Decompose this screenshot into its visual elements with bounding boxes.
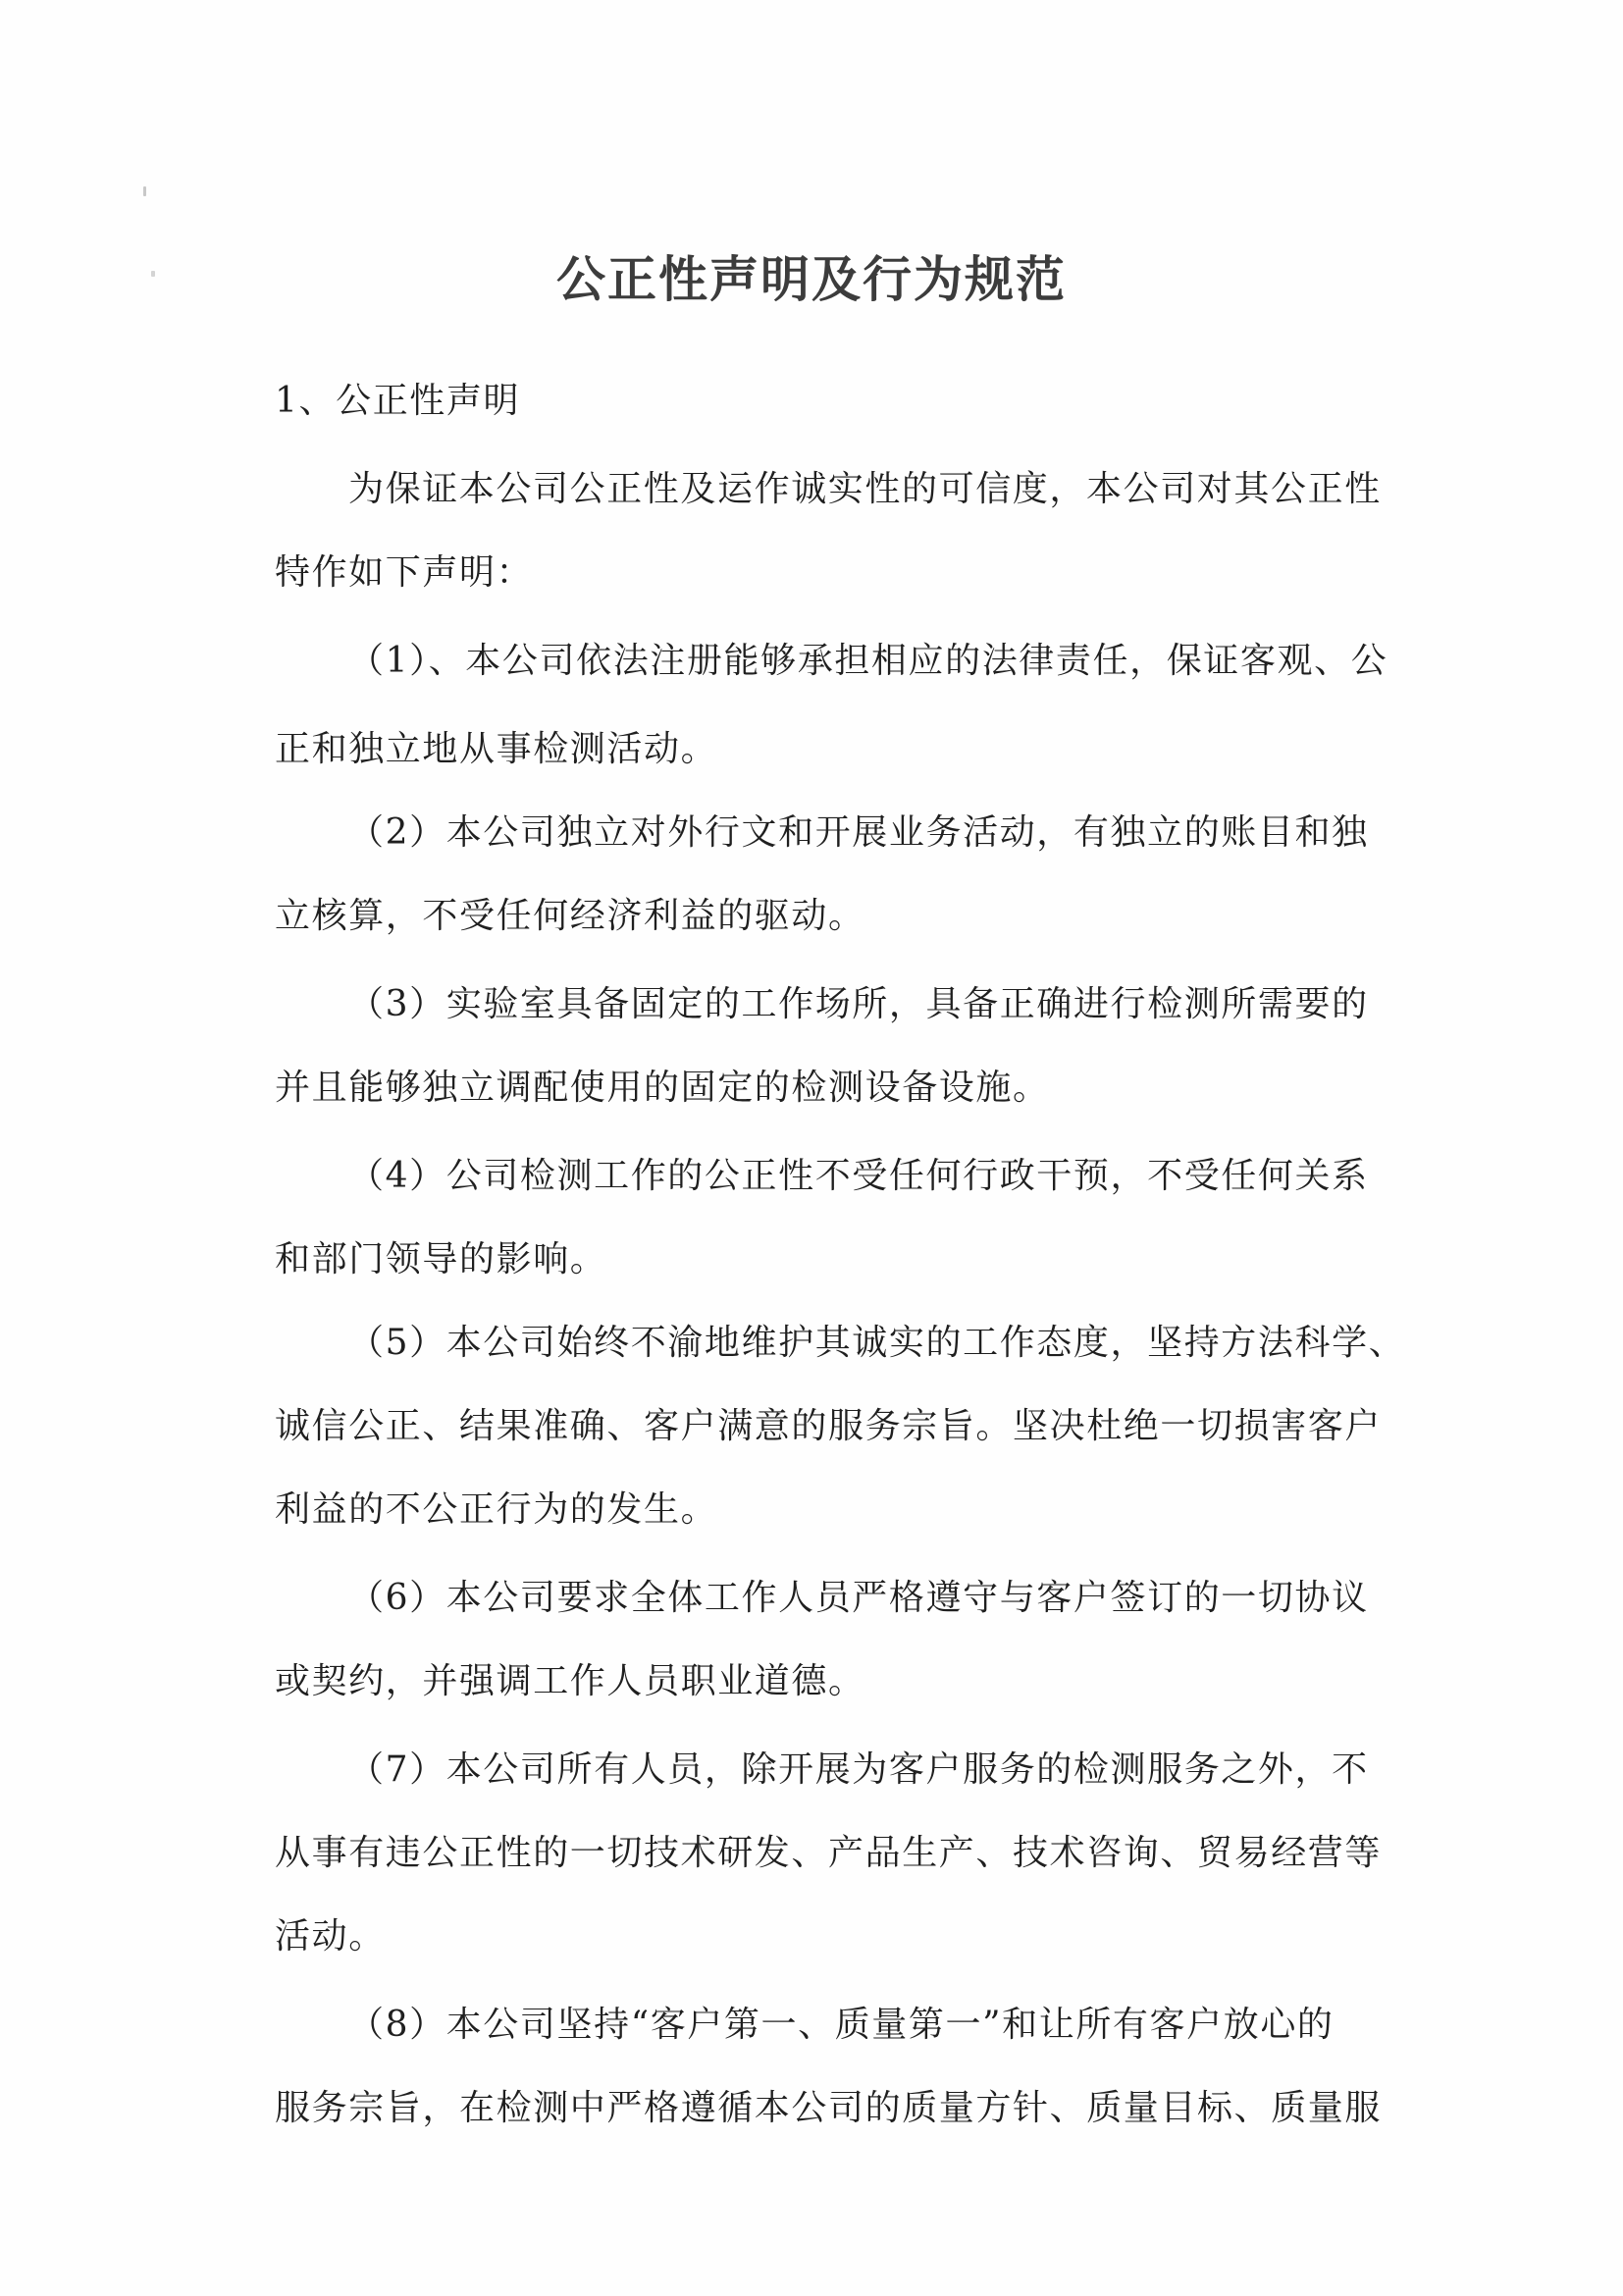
item-2-line-1: （2）本公司独立对外行文和开展业务活动，有独立的账目和独	[348, 805, 1369, 855]
item-1-line-2: 正和独立地从事检测活动。	[275, 721, 717, 771]
item-5-line-2: 诚信公正、结果准确、客户满意的服务宗旨。坚决杜绝一切损害客户	[275, 1398, 1382, 1448]
item-6-line-1: （6）本公司要求全体工作人员严格遵守与客户签订的一切协议	[348, 1570, 1369, 1620]
document-title: 公正性声明及行为规范	[0, 240, 1623, 311]
section-heading-impartiality-statement: 1、公正性声明	[275, 373, 520, 423]
item-7-line-1: （7）本公司所有人员，除开展为客户服务的检测服务之外，不	[348, 1742, 1369, 1792]
item-5-line-3: 利益的不公正行为的发生。	[275, 1482, 717, 1532]
item-7-line-3: 活动。	[275, 1908, 386, 1958]
item-8-line-2: 服务宗旨，在检测中严格遵循本公司的质量方针、质量目标、质量服	[275, 2080, 1382, 2130]
item-5-line-1: （5）本公司始终不渝地维护其诚实的工作态度，坚持方法科学、	[348, 1315, 1405, 1365]
item-1-line-1: （1）、本公司依法注册能够承担相应的法律责任，保证客观、公	[348, 633, 1387, 683]
intro-line-1: 为保证本公司公正性及运作诚实性的可信度，本公司对其公正性	[348, 461, 1382, 511]
item-4-line-1: （4）公司检测工作的公正性不受任何行政干预，不受任何关系	[348, 1148, 1369, 1198]
item-4-line-2: 和部门领导的影响。	[275, 1231, 606, 1281]
item-8-line-1: （8）本公司坚持“客户第一、质量第一”和让所有客户放心的	[348, 1997, 1335, 2047]
scan-artifact-mark	[143, 186, 146, 196]
item-7-line-2: 从事有违公正性的一切技术研发、产品生产、技术咨询、贸易经营等	[275, 1825, 1382, 1875]
item-2-line-2: 立核算，不受任何经济利益的驱动。	[275, 888, 865, 938]
scanned-document-page: 公正性声明及行为规范 1、公正性声明 为保证本公司公正性及运作诚实性的可信度，本…	[0, 0, 1623, 2296]
item-3-line-2: 并且能够独立调配使用的固定的检测设备设施。	[275, 1060, 1050, 1110]
item-6-line-2: 或契约，并强调工作人员职业道德。	[275, 1653, 865, 1703]
item-3-line-1: （3）实验室具备固定的工作场所，具备正确进行检测所需要的	[348, 976, 1369, 1026]
intro-line-2: 特作如下声明：	[275, 545, 533, 595]
